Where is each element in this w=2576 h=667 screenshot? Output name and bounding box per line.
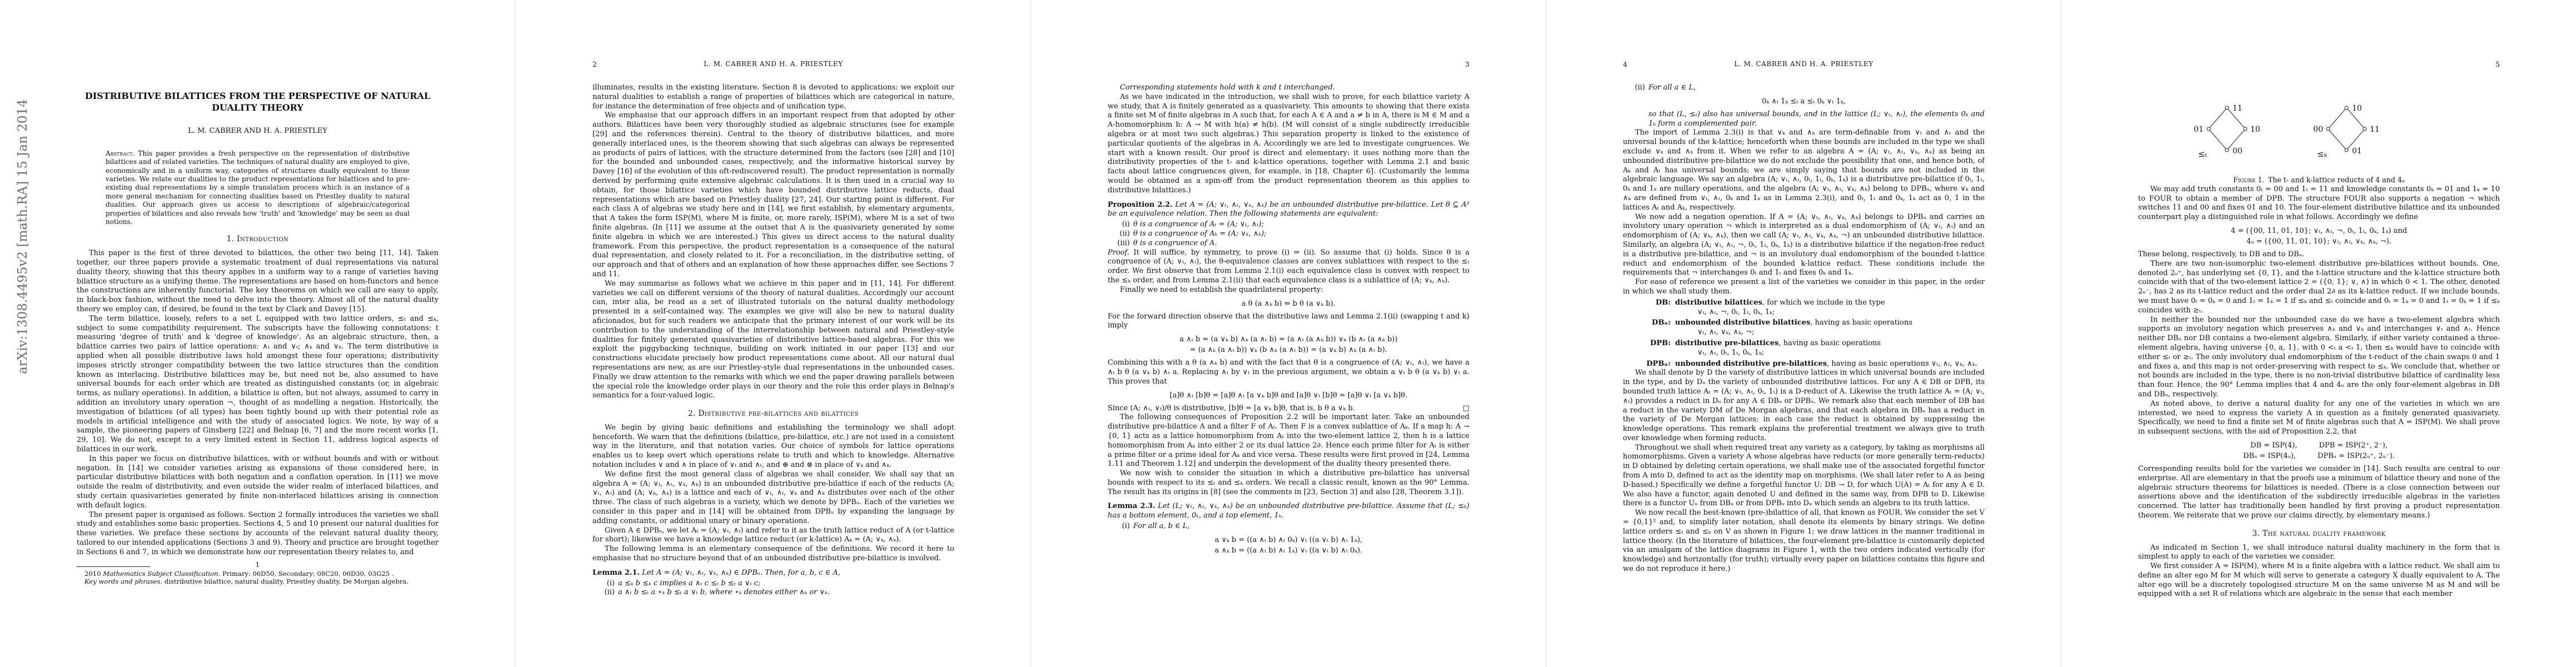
list-item: so that (L, ≤ₜ) also has universal bound…	[1623, 110, 1985, 129]
lattice-node	[2244, 127, 2247, 131]
header-page-number: 2	[592, 60, 597, 68]
display-math: [a]θ ∧ₜ [b]θ = [a]θ ∧ₜ [a ∨ₖ b]θ and [a]…	[1108, 390, 1469, 401]
display-math: a ∧ₜ b = (a ∨ₖ b) ∧ₖ (a ∧ₜ b) = (a ∧ₜ (a…	[1108, 334, 1469, 355]
page-5: 5 11011000≤ₜ10001101≤ₖFigure 1. The t- a…	[2061, 0, 2576, 667]
header-page-number-right: 3	[1465, 60, 1469, 68]
math-line: 4ᵤ = ({00, 11, 01, 10}; ∨ₜ, ∧ₜ, ∨ₖ, ∧ₖ, …	[2138, 236, 2500, 247]
statement-text: Let (L; ∨ₜ, ∧ₜ, ∨ₖ, ∧ₖ) be an unbounded …	[1108, 502, 1469, 520]
paragraph: We first consider A = ISP(M), where M is…	[2138, 562, 2500, 599]
order-label: ≤ₖ	[2317, 149, 2328, 159]
math-line: a ∧ₖ b = ((a ∧ₜ b) ∧ₜ 1ₖ) ∨ₜ ((a ∨ₜ b) ∧…	[1108, 545, 1469, 556]
paragraph: We now recall the best-known (pre-)bilat…	[1623, 509, 1985, 574]
paragraph: The term bilattice, loosely, refers to a…	[77, 315, 439, 455]
math-line: DB = ISP(4), DPB = ISP(2⁺, 2⁻),	[2138, 440, 2500, 451]
paragraph: Proof. It will suffice, by symmetry, to …	[1108, 248, 1469, 286]
node-label-left: 00	[2313, 125, 2323, 134]
qed-box: □	[1463, 404, 1469, 414]
order-label: ≤ₜ	[2198, 149, 2208, 159]
page-2-content: illuminates, results in the existing lit…	[592, 83, 954, 653]
item-label: (ii)	[1628, 83, 1645, 93]
page-3-content: Corresponding statements hold with k and…	[1108, 83, 1469, 653]
list-item: (ii)For all a ∈ L,	[1623, 83, 1985, 93]
paragraph: We may summarise as follows what we achi…	[592, 280, 954, 401]
title-line: DISTRIBUTIVE BILATTICES FROM THE PERSPEC…	[77, 90, 439, 102]
page-4-content: (ii)For all a ∈ L,0ₖ ∧ₜ 1ₖ ≤ₜ a ≤ₜ 0ₖ ∨ₜ…	[1623, 83, 1985, 653]
arxiv-banner: arXiv:1308.4495v2 [math.RA] 15 Jan 2014	[14, 152, 31, 374]
paragraph: For the forward direction observe that t…	[1108, 312, 1469, 331]
operations-line: ∨ₜ, ∧ₜ, ¬, 0ₜ, 1ₜ, 0ₖ, 1ₖ;	[1675, 308, 1985, 317]
math-line: a ∧ₜ b = (a ∨ₖ b) ∧ₖ (a ∧ₜ b) = (a ∧ₜ (a…	[1108, 334, 1469, 345]
page-5-header: 5	[2138, 60, 2500, 70]
item-label: (ii)	[1113, 230, 1130, 239]
page-2: 2 L. M. CABRER AND H. A. PRIESTLEY illum…	[515, 0, 1030, 667]
variety-name: unbounded distributive pre-bilattices	[1675, 360, 1827, 368]
lattice-node	[2345, 148, 2348, 152]
list-item: (i)a ≤ₖ b ≤ₖ c implies a ∧ₜ c ≤ₜ b ≤ₜ a …	[592, 579, 954, 589]
variety-name: distributive bilattices	[1675, 298, 1762, 307]
variety-name: unbounded distributive bilattices	[1675, 318, 1810, 327]
paragraph: For ease of reference we present a list …	[1623, 278, 1985, 297]
statement: Proposition 2.2. Let A = (A; ∨ₜ, ∧ₜ, ∨ₖ,…	[1108, 201, 1469, 220]
footnote-emphasis: Key words and phrases.	[84, 578, 162, 585]
paragraph: Throughout we shall when required treat …	[1623, 444, 1985, 509]
paragraph: These belong, respectively, to DB and to…	[2138, 250, 2500, 260]
node-label-bottom: 01	[2352, 147, 2362, 156]
lattice-edge	[2328, 129, 2346, 150]
footnote-line: 2010 Mathematics Subject Classification.…	[77, 570, 439, 578]
page-2-header: 2 L. M. CABRER AND H. A. PRIESTLEY	[592, 60, 954, 70]
display-math: a θ (a ∧ₖ b) ⇔ b θ (a ∨ₖ b).	[1108, 298, 1469, 309]
paragraph: The import of Lemma 2.3(i) is that ∨ₖ an…	[1623, 128, 1985, 212]
list-item: (i)θ is a congruence of Aₜ = (A; ∨ₜ, ∧ₜ)…	[1108, 220, 1469, 230]
paragraph: We emphasise that our approach differs i…	[592, 111, 954, 279]
variety-label: DPB:	[1623, 339, 1671, 349]
paragraph: We shall denote by D the variety of dist…	[1623, 369, 1985, 443]
node-label-right: 10	[2250, 125, 2260, 134]
paragraph: We now add a negation operation. If A = …	[1623, 213, 1985, 278]
lattice-node	[2326, 127, 2330, 131]
footnote: 2010 Mathematics Subject Classification.…	[77, 566, 439, 586]
paragraph: As indicated in Section 1, we shall intr…	[2138, 544, 2500, 563]
variety-name: distributive pre-bilattices	[1675, 339, 1778, 347]
variety-item: DPBᵤ:unbounded distributive pre-bilattic…	[1623, 360, 1985, 369]
operations-line: ∨ₜ, ∧ₜ, 0ₜ, 1ₜ, 0ₖ, 1ₖ;	[1675, 349, 1985, 358]
lattice-node	[2363, 127, 2366, 131]
paragraph: Finally we need to establish the quadril…	[1108, 286, 1469, 295]
page-1: arXiv:1308.4495v2 [math.RA] 15 Jan 2014 …	[0, 0, 515, 667]
node-label-right: 11	[2370, 125, 2380, 134]
paragraph: illuminates, results in the existing lit…	[592, 83, 954, 111]
page-3: 3 Corresponding statements hold with k a…	[1030, 0, 1546, 667]
item-label: (i)	[1113, 220, 1130, 230]
list-item: (ii)a ∧ₜ b ≤ₜ a ⋆ₖ b ≤ₜ a ∨ₜ b, where ⋆ₖ…	[592, 588, 954, 598]
lattice-node	[2345, 106, 2348, 109]
math-line: 4 = ({00, 11, 01, 10}; ∨ₜ, ∧ₜ, ¬, 0ₜ, 1ₜ…	[2138, 226, 2500, 236]
variety-item: DB:distributive bilattices, for which we…	[1623, 298, 1985, 317]
page-3-header: 3	[1108, 60, 1469, 70]
item-label: (i)	[1113, 522, 1130, 531]
paragraph: There are two non-isomorphic two-element…	[2138, 260, 2500, 316]
page-4: 4 L. M. CABRER AND H. A. PRIESTLEY (ii)F…	[1546, 0, 2061, 667]
lattice-diagrams: 11011000≤ₜ10001101≤ₖ	[2138, 86, 2500, 169]
paper-title: DISTRIBUTIVE BILATTICES FROM THE PERSPEC…	[77, 90, 439, 113]
statement-text: Let A = (A; ∨ₜ, ∧ₜ, ∨ₖ, ∧ₖ) ∈ DPBᵤ. Then…	[640, 569, 840, 577]
paragraph: The following lemma is an elementary con…	[592, 545, 954, 564]
variety-label: DB:	[1623, 298, 1671, 308]
math-line: [a]θ ∧ₜ [b]θ = [a]θ ∧ₜ [a ∨ₖ b]θ and [a]…	[1108, 390, 1469, 401]
header-page-number-right: 5	[2495, 60, 2500, 68]
list-item: (ii)θ is a congruence of Aₖ = (A; ∨ₖ, ∧ₖ…	[1108, 230, 1469, 239]
paragraph: Since (A; ∧ₜ, ∨ₜ)/θ is distributive, [b]…	[1108, 404, 1469, 414]
paragraph: We define first the most general class o…	[592, 470, 954, 526]
lattice-node	[2207, 127, 2210, 131]
node-label-bottom: 00	[2233, 147, 2243, 156]
item-label: (ii)	[598, 588, 615, 598]
statement: Lemma 2.3. Let (L; ∨ₜ, ∧ₜ, ∨ₖ, ∧ₖ) be an…	[1108, 502, 1469, 521]
paragraph: We now wish to consider the situation in…	[1108, 469, 1469, 497]
section-heading: 2. Distributive pre-bilattices and bilat…	[592, 409, 954, 419]
paper-spread: arXiv:1308.4495v2 [math.RA] 15 Jan 2014 …	[0, 0, 2576, 667]
paragraph: This paper is the first of three devoted…	[77, 249, 439, 315]
header-page-number: 4	[1623, 60, 1627, 68]
node-label-left: 01	[2194, 125, 2204, 134]
section-heading: 3. The natural duality framework	[2138, 529, 2500, 539]
paragraph: The present paper is organised as follow…	[77, 511, 439, 558]
figure-1: 11011000≤ₜ10001101≤ₖ	[2138, 86, 2500, 169]
paragraph: As we have indicated in the introduction…	[1108, 93, 1469, 196]
display-math: DB = ISP(4), DPB = ISP(2⁺, 2⁻),DBᵤ = ISP…	[2138, 440, 2500, 461]
math-line: 0ₖ ∧ₜ 1ₖ ≤ₜ a ≤ₜ 0ₖ ∨ₜ 1ₖ,	[1623, 96, 1985, 107]
node-label-top: 11	[2233, 104, 2243, 113]
paragraph: Corresponding statements hold with k and…	[1108, 83, 1469, 93]
item-label: (i)	[598, 579, 615, 589]
variety-item: DPB:distributive pre-bilattices, having …	[1623, 339, 1985, 358]
paragraph: As noted above, to derive a natural dual…	[2138, 400, 2500, 437]
page-5-content: 11011000≤ₜ10001101≤ₖFigure 1. The t- and…	[2138, 83, 2500, 653]
lattice-edge	[2328, 108, 2346, 129]
paragraph: We may add truth constants 0ₜ = 00 and 1…	[2138, 185, 2500, 222]
abstract-label: Abstract.	[106, 150, 134, 157]
paragraph: The following consequences of Propositio…	[1108, 413, 1469, 469]
math-line: a θ (a ∧ₖ b) ⇔ b θ (a ∨ₖ b).	[1108, 298, 1469, 309]
item-label: (iii)	[1113, 239, 1130, 248]
paragraph: In neither the bounded nor the unbounded…	[2138, 316, 2500, 400]
paragraph: In this paper we focus on distributive b…	[77, 455, 439, 511]
lattice-node	[2225, 148, 2229, 152]
title-line: DUALITY THEORY	[77, 102, 439, 113]
authors: L. M. CABRER AND H. A. PRIESTLEY	[77, 127, 439, 136]
figure-caption: Figure 1. The t- and k-lattice reducts o…	[2138, 176, 2500, 185]
display-math: 0ₖ ∧ₜ 1ₖ ≤ₜ a ≤ₜ 0ₖ ∨ₜ 1ₖ,	[1623, 96, 1985, 107]
paragraph: We begin by giving basic definitions and…	[592, 424, 954, 470]
math-line: DBᵤ = ISP(4ᵤ), DPBᵤ = ISP(2ᵤ⁺, 2ᵤ⁻).	[2138, 451, 2500, 461]
statement-label: Lemma 2.1.	[592, 569, 640, 577]
lattice-node	[2225, 106, 2229, 109]
statement: Lemma 2.1. Let A = (A; ∨ₜ, ∧ₜ, ∨ₖ, ∧ₖ) ∈…	[592, 569, 954, 578]
running-head-authors: L. M. CABRER AND H. A. PRIESTLEY	[592, 60, 954, 68]
page-1-number: 1	[77, 560, 439, 569]
variety-item: DBᵤ:unbounded distributive bilattices, h…	[1623, 318, 1985, 337]
display-math: a ∨ₖ b = ((a ∧ₜ b) ∧ₜ 0ₖ) ∨ₜ ((a ∨ₜ b) ∧…	[1108, 535, 1469, 556]
paragraph: Combining this with a θ (a ∧ₖ b) and wit…	[1108, 359, 1469, 386]
display-math: 4 = ({00, 11, 01, 10}; ∨ₜ, ∧ₜ, ¬, 0ₜ, 1ₜ…	[2138, 226, 2500, 247]
footnote-line: Key words and phrases. distributive bila…	[77, 578, 439, 586]
paragraph: Corresponding results hold for the varie…	[2138, 465, 2500, 521]
section-heading: 1. Introduction	[77, 235, 439, 244]
page-4-header: 4 L. M. CABRER AND H. A. PRIESTLEY	[1623, 60, 1985, 70]
math-line: a ∨ₖ b = ((a ∧ₜ b) ∧ₜ 0ₖ) ∨ₜ ((a ∨ₜ b) ∧…	[1108, 535, 1469, 545]
math-line: = (a ∧ₖ (a ∧ₜ b)) ∨ₖ (b ∧ₖ (a ∧ₜ b)) = (…	[1108, 345, 1469, 355]
lattice-edge	[2209, 129, 2227, 150]
figure-caption-label: Figure 1.	[2233, 176, 2264, 184]
statement-label: Lemma 2.3.	[1108, 502, 1155, 510]
paragraph-label: Proof.	[1108, 248, 1133, 257]
list-item: (iii)θ is a congruence of A.	[1108, 239, 1469, 248]
variety-label: DBᵤ:	[1623, 318, 1671, 328]
statement-label: Proposition 2.2.	[1108, 201, 1173, 209]
abstract: Abstract. This paper provides a fresh pe…	[106, 150, 410, 227]
footnote-emphasis: Mathematics Subject Classification.	[103, 570, 220, 578]
node-label-top: 10	[2352, 104, 2362, 113]
paragraph: Given A ∈ DPBᵤ, we let Aₜ = (A; ∨ₜ, ∧ₜ) …	[592, 526, 954, 545]
list-item: (i)For all a, b ∈ L,	[1108, 522, 1469, 531]
lattice-edge	[2209, 108, 2227, 129]
running-head-authors: L. M. CABRER AND H. A. PRIESTLEY	[1623, 60, 1985, 68]
operations-line: ∨ₜ, ∧ₜ, ∨ₖ, ∧ₖ, ¬;	[1675, 328, 1985, 337]
variety-label: DPBᵤ:	[1623, 360, 1671, 369]
